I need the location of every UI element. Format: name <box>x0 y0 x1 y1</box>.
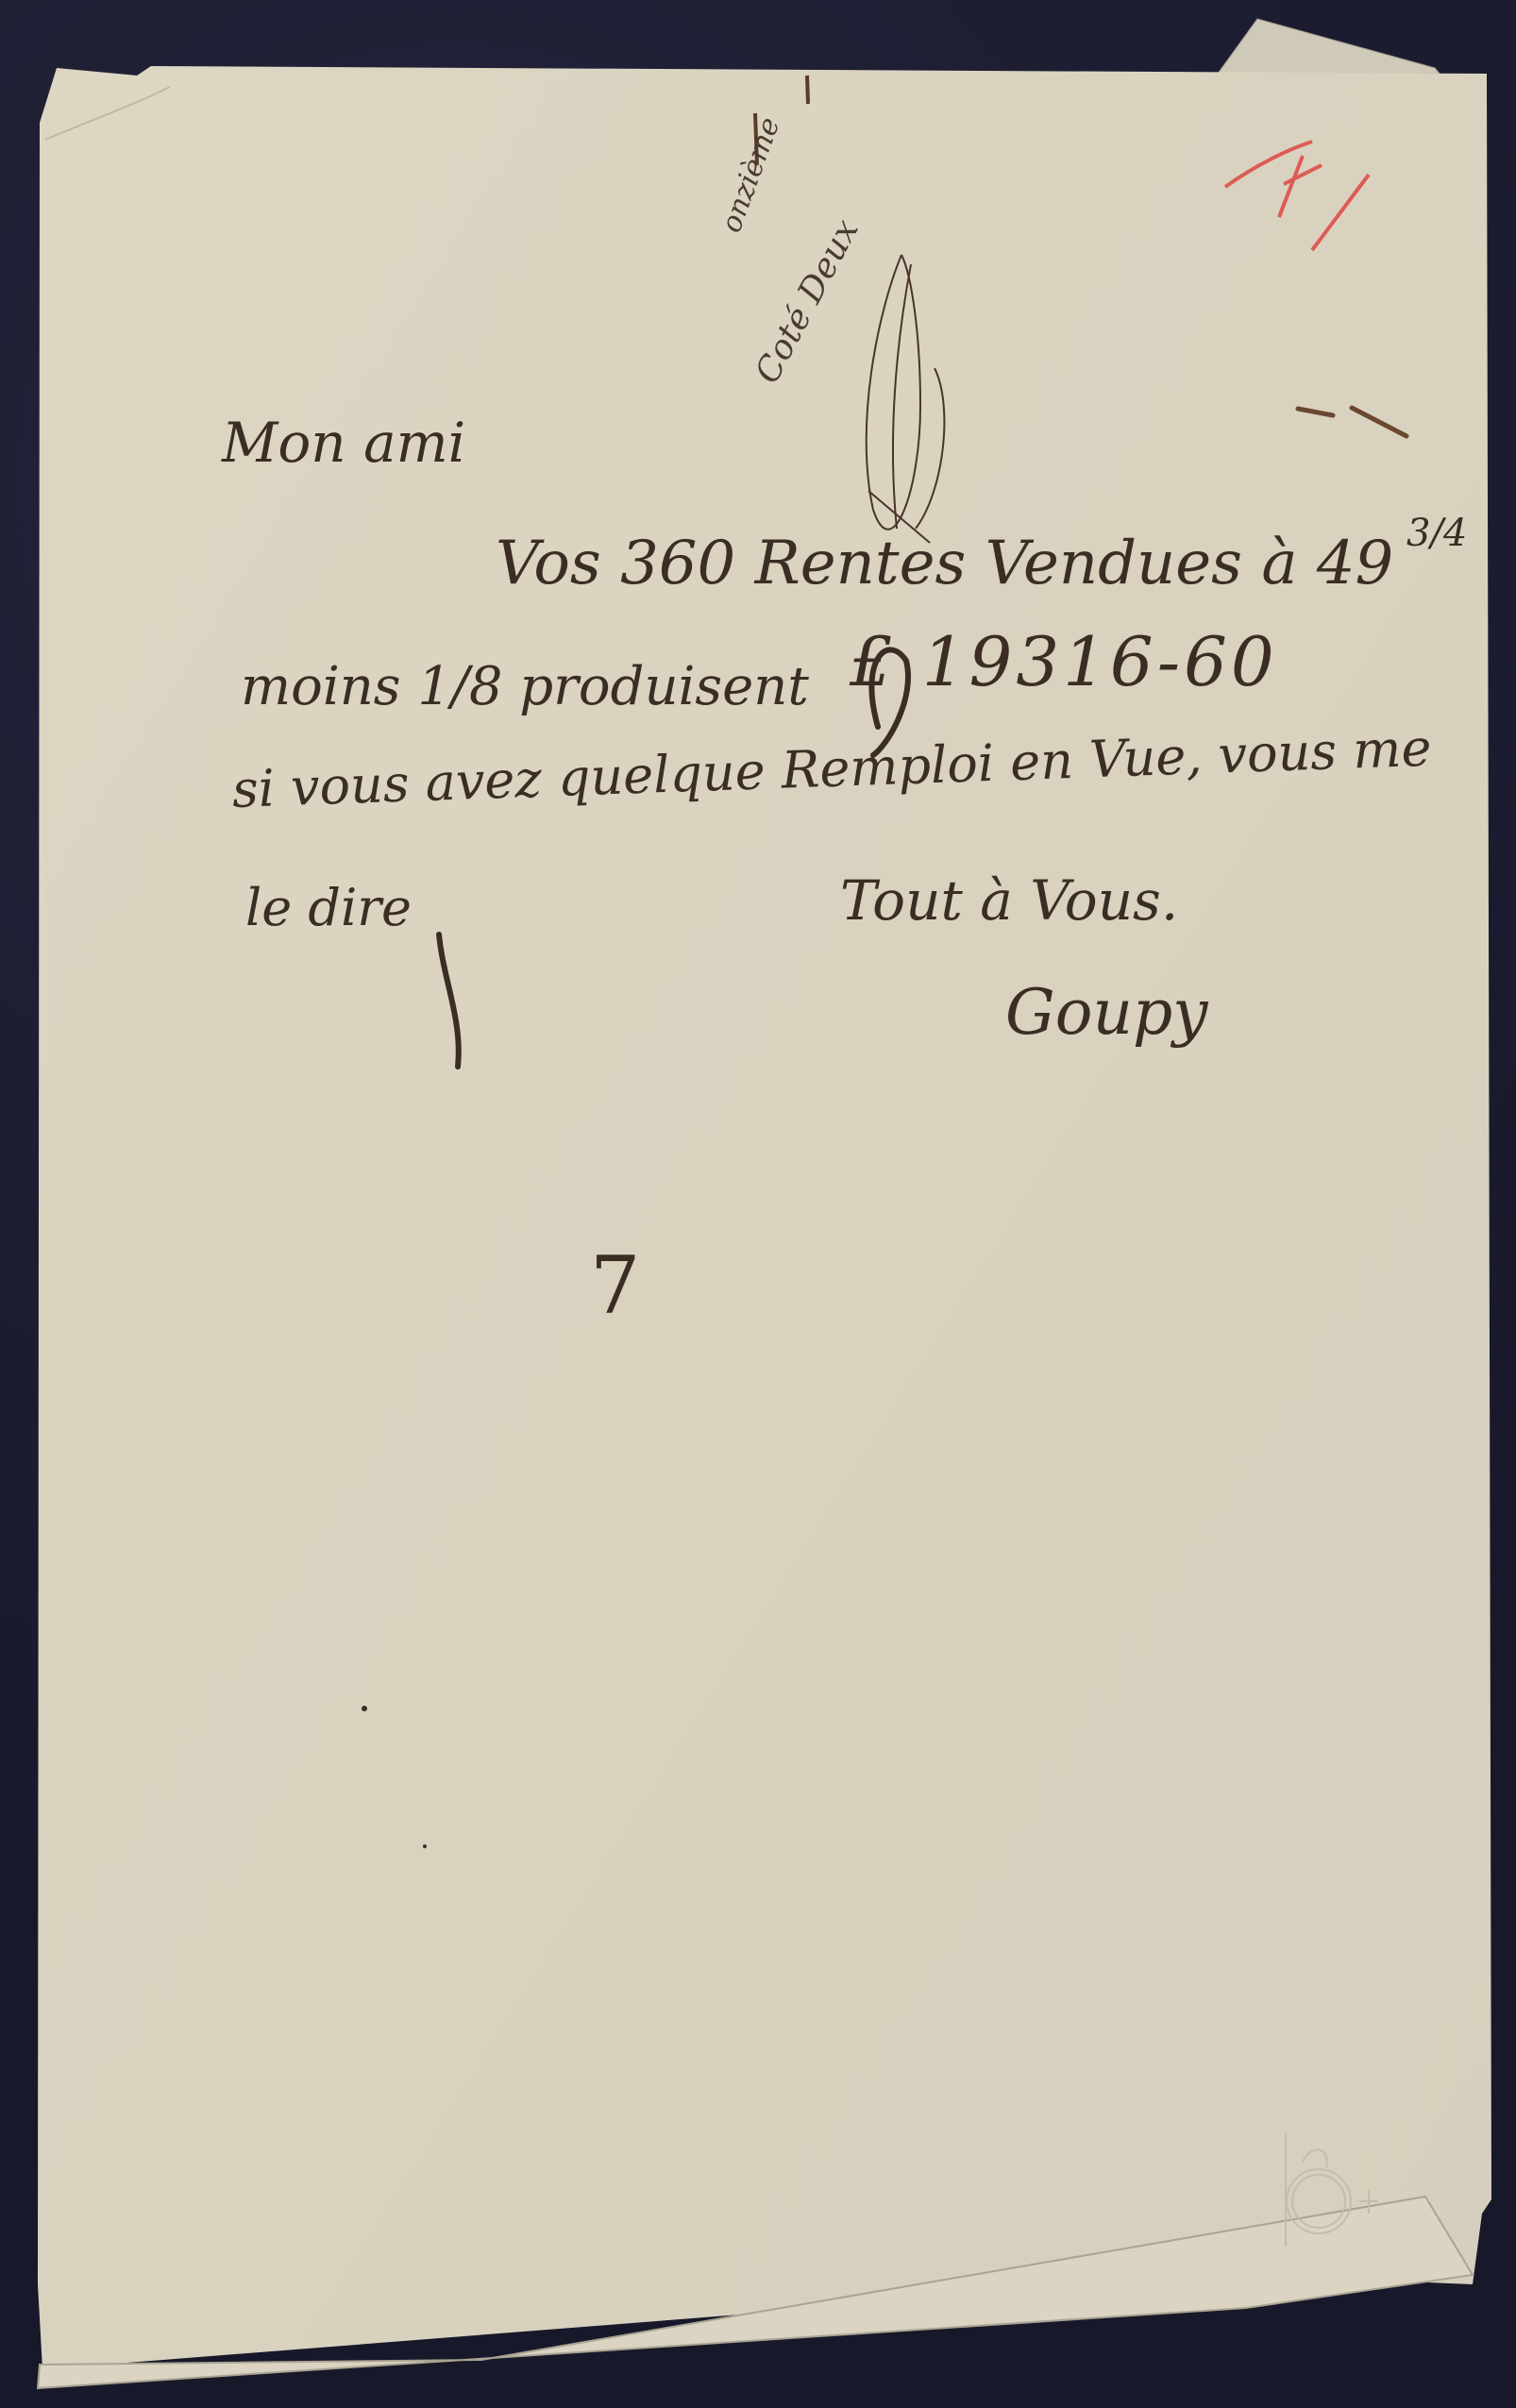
letter-line-2-prefix: moins 1/8 produisent <box>241 661 809 714</box>
letter-amount: £ 19316-60 <box>850 628 1278 696</box>
letter-line-4: le dire <box>245 883 412 934</box>
letter-line-1-superscript: 3/4 <box>1407 514 1467 552</box>
signature: Goupy <box>1005 982 1208 1044</box>
letter-line-1: Vos 360 Rentes Vendues à 49 <box>496 533 1393 594</box>
paper-sheet: onzième Coté Deux Mon ami Vos 360 Rentes… <box>0 0 1516 2408</box>
letter-closing: Tout à Vous. <box>840 873 1178 928</box>
salutation: Mon ami <box>222 415 465 470</box>
folio-number: 7 <box>590 1246 640 1325</box>
